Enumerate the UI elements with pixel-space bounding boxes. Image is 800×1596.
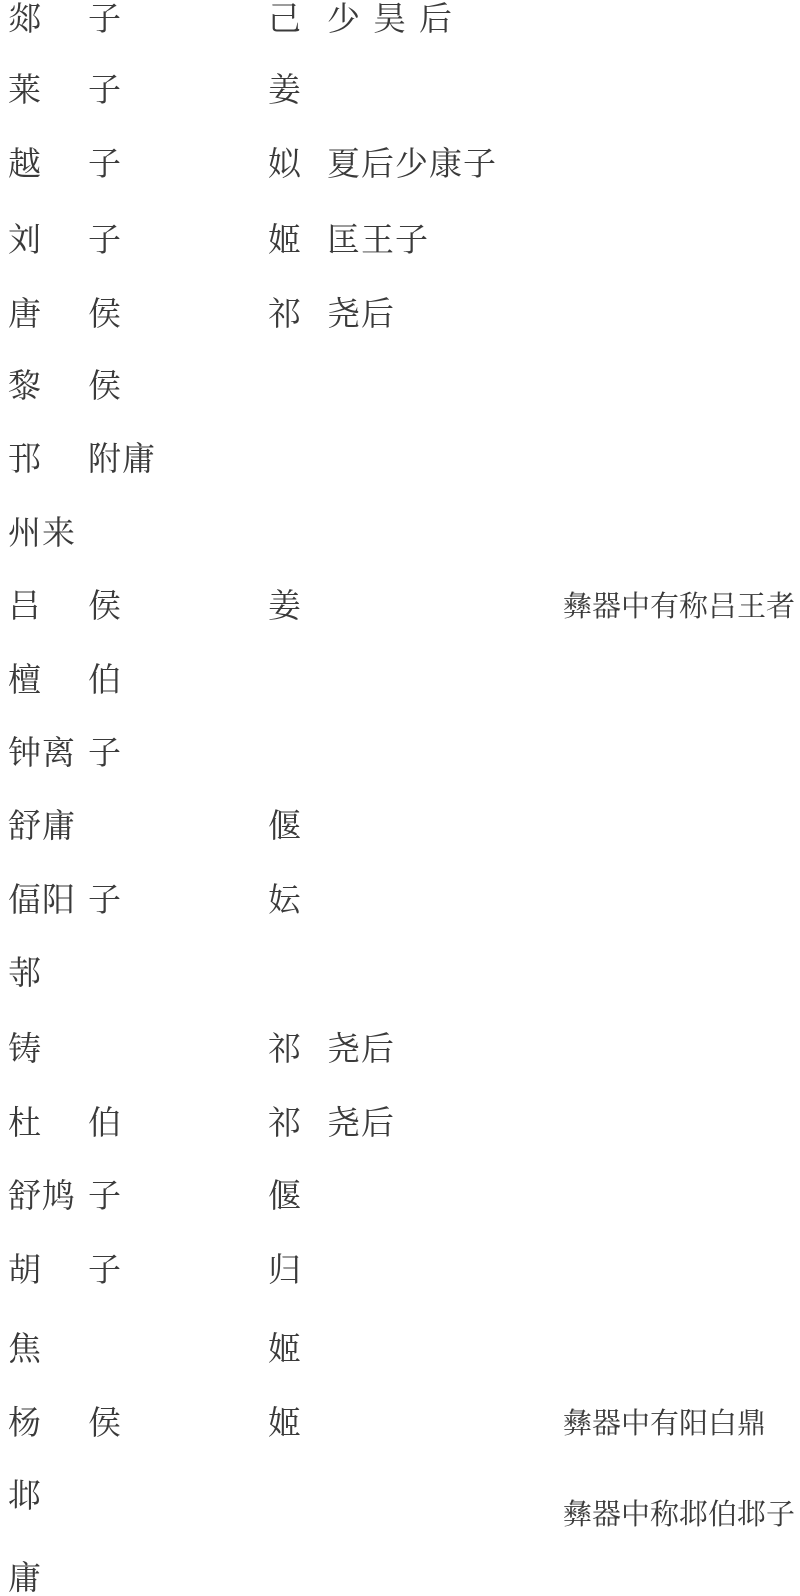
table-row: 舒庸 偃 bbox=[0, 808, 800, 848]
surname: 姜 bbox=[268, 588, 302, 626]
origin-note: 尧后 bbox=[327, 1105, 395, 1143]
surname: 归 bbox=[268, 1252, 302, 1290]
surname: 己 bbox=[268, 1, 302, 39]
state-name: 檀 bbox=[8, 662, 42, 700]
table-row: 焦 姬 bbox=[0, 1331, 800, 1371]
origin-note: 少昊后 bbox=[327, 1, 465, 39]
rank: 子 bbox=[88, 222, 122, 260]
table-row: 杨 侯 姬 彝器中有阳白鼎 bbox=[0, 1405, 800, 1445]
table-row: 州来 bbox=[0, 515, 800, 555]
state-name: 邘 bbox=[8, 441, 42, 479]
bronze-remark: 彝器中有称吕王者 bbox=[563, 588, 795, 626]
surname: 偃 bbox=[268, 808, 302, 846]
rank: 子 bbox=[88, 1252, 122, 1290]
table-row: 刘 子 姬 匡王子 bbox=[0, 222, 800, 262]
rank: 子 bbox=[88, 72, 122, 110]
bronze-remark: 彝器中有阳白鼎 bbox=[563, 1405, 766, 1443]
rank: 子 bbox=[88, 1, 122, 39]
rank: 子 bbox=[88, 1178, 122, 1216]
state-name: 刘 bbox=[8, 222, 42, 260]
table-row: 郯 子 己 少昊后 bbox=[0, 1, 800, 41]
state-name: 胡 bbox=[8, 1252, 42, 1290]
state-name: 偪阳 bbox=[8, 882, 76, 920]
origin-note: 匡王子 bbox=[327, 222, 429, 260]
state-name: 黎 bbox=[8, 368, 42, 406]
table-row: 庸 bbox=[0, 1560, 800, 1596]
table-row: 邶 彝器中称邶伯邶子 bbox=[0, 1478, 800, 1518]
state-name: 越 bbox=[8, 146, 42, 184]
table-row: 邘 附庸 bbox=[0, 441, 800, 481]
surname: 祁 bbox=[268, 1105, 302, 1143]
document-page: 郯 子 己 少昊后 莱 子 姜 越 子 姒 夏后少康子 刘 子 姬 匡王子 唐 … bbox=[0, 0, 800, 1596]
state-name: 焦 bbox=[8, 1331, 42, 1369]
state-name: 舒庸 bbox=[8, 808, 76, 846]
surname: 祁 bbox=[268, 296, 302, 334]
state-name: 吕 bbox=[8, 588, 42, 626]
rank: 伯 bbox=[88, 662, 122, 700]
table-row: 舒鸠 子 偃 bbox=[0, 1178, 800, 1218]
state-name: 邿 bbox=[8, 955, 42, 993]
state-name: 钟离 bbox=[8, 735, 76, 773]
state-name: 州来 bbox=[8, 515, 76, 553]
origin-note: 尧后 bbox=[327, 1031, 395, 1069]
rank: 子 bbox=[88, 882, 122, 920]
surname: 姬 bbox=[268, 222, 302, 260]
state-name: 舒鸠 bbox=[8, 1178, 76, 1216]
state-name: 郯 bbox=[8, 1, 42, 39]
origin-note: 夏后少康子 bbox=[327, 146, 497, 184]
surname: 姬 bbox=[268, 1405, 302, 1443]
rank: 侯 bbox=[88, 1405, 122, 1443]
rank: 子 bbox=[88, 146, 122, 184]
state-name: 邶 bbox=[8, 1478, 42, 1516]
table-row: 吕 侯 姜 彝器中有称吕王者 bbox=[0, 588, 800, 628]
table-row: 越 子 姒 夏后少康子 bbox=[0, 146, 800, 186]
rank: 侯 bbox=[88, 588, 122, 626]
origin-note: 尧后 bbox=[327, 296, 395, 334]
table-row: 铸 祁 尧后 bbox=[0, 1031, 800, 1071]
bronze-remark: 彝器中称邶伯邶子 bbox=[563, 1496, 795, 1534]
table-row: 邿 bbox=[0, 955, 800, 995]
table-row: 莱 子 姜 bbox=[0, 72, 800, 112]
rank: 伯 bbox=[88, 1105, 122, 1143]
table-row: 唐 侯 祁 尧后 bbox=[0, 296, 800, 336]
table-row: 钟离 子 bbox=[0, 735, 800, 775]
table-row: 偪阳 子 妘 bbox=[0, 882, 800, 922]
table-row: 檀 伯 bbox=[0, 662, 800, 702]
table-row: 胡 子 归 bbox=[0, 1252, 800, 1292]
rank: 侯 bbox=[88, 296, 122, 334]
state-name: 唐 bbox=[8, 296, 42, 334]
rank: 附庸 bbox=[88, 441, 156, 479]
surname: 姬 bbox=[268, 1331, 302, 1369]
rank: 子 bbox=[88, 735, 122, 773]
surname: 祁 bbox=[268, 1031, 302, 1069]
surname: 妘 bbox=[268, 882, 302, 920]
state-name: 铸 bbox=[8, 1031, 42, 1069]
surname: 姒 bbox=[268, 146, 302, 184]
table-row: 杜 伯 祁 尧后 bbox=[0, 1105, 800, 1145]
surname: 姜 bbox=[268, 72, 302, 110]
state-name: 庸 bbox=[8, 1560, 42, 1596]
state-name: 杨 bbox=[8, 1405, 42, 1443]
table-row: 黎 侯 bbox=[0, 368, 800, 408]
surname: 偃 bbox=[268, 1178, 302, 1216]
state-name: 杜 bbox=[8, 1105, 42, 1143]
rank: 侯 bbox=[88, 368, 122, 406]
state-name: 莱 bbox=[8, 72, 42, 110]
